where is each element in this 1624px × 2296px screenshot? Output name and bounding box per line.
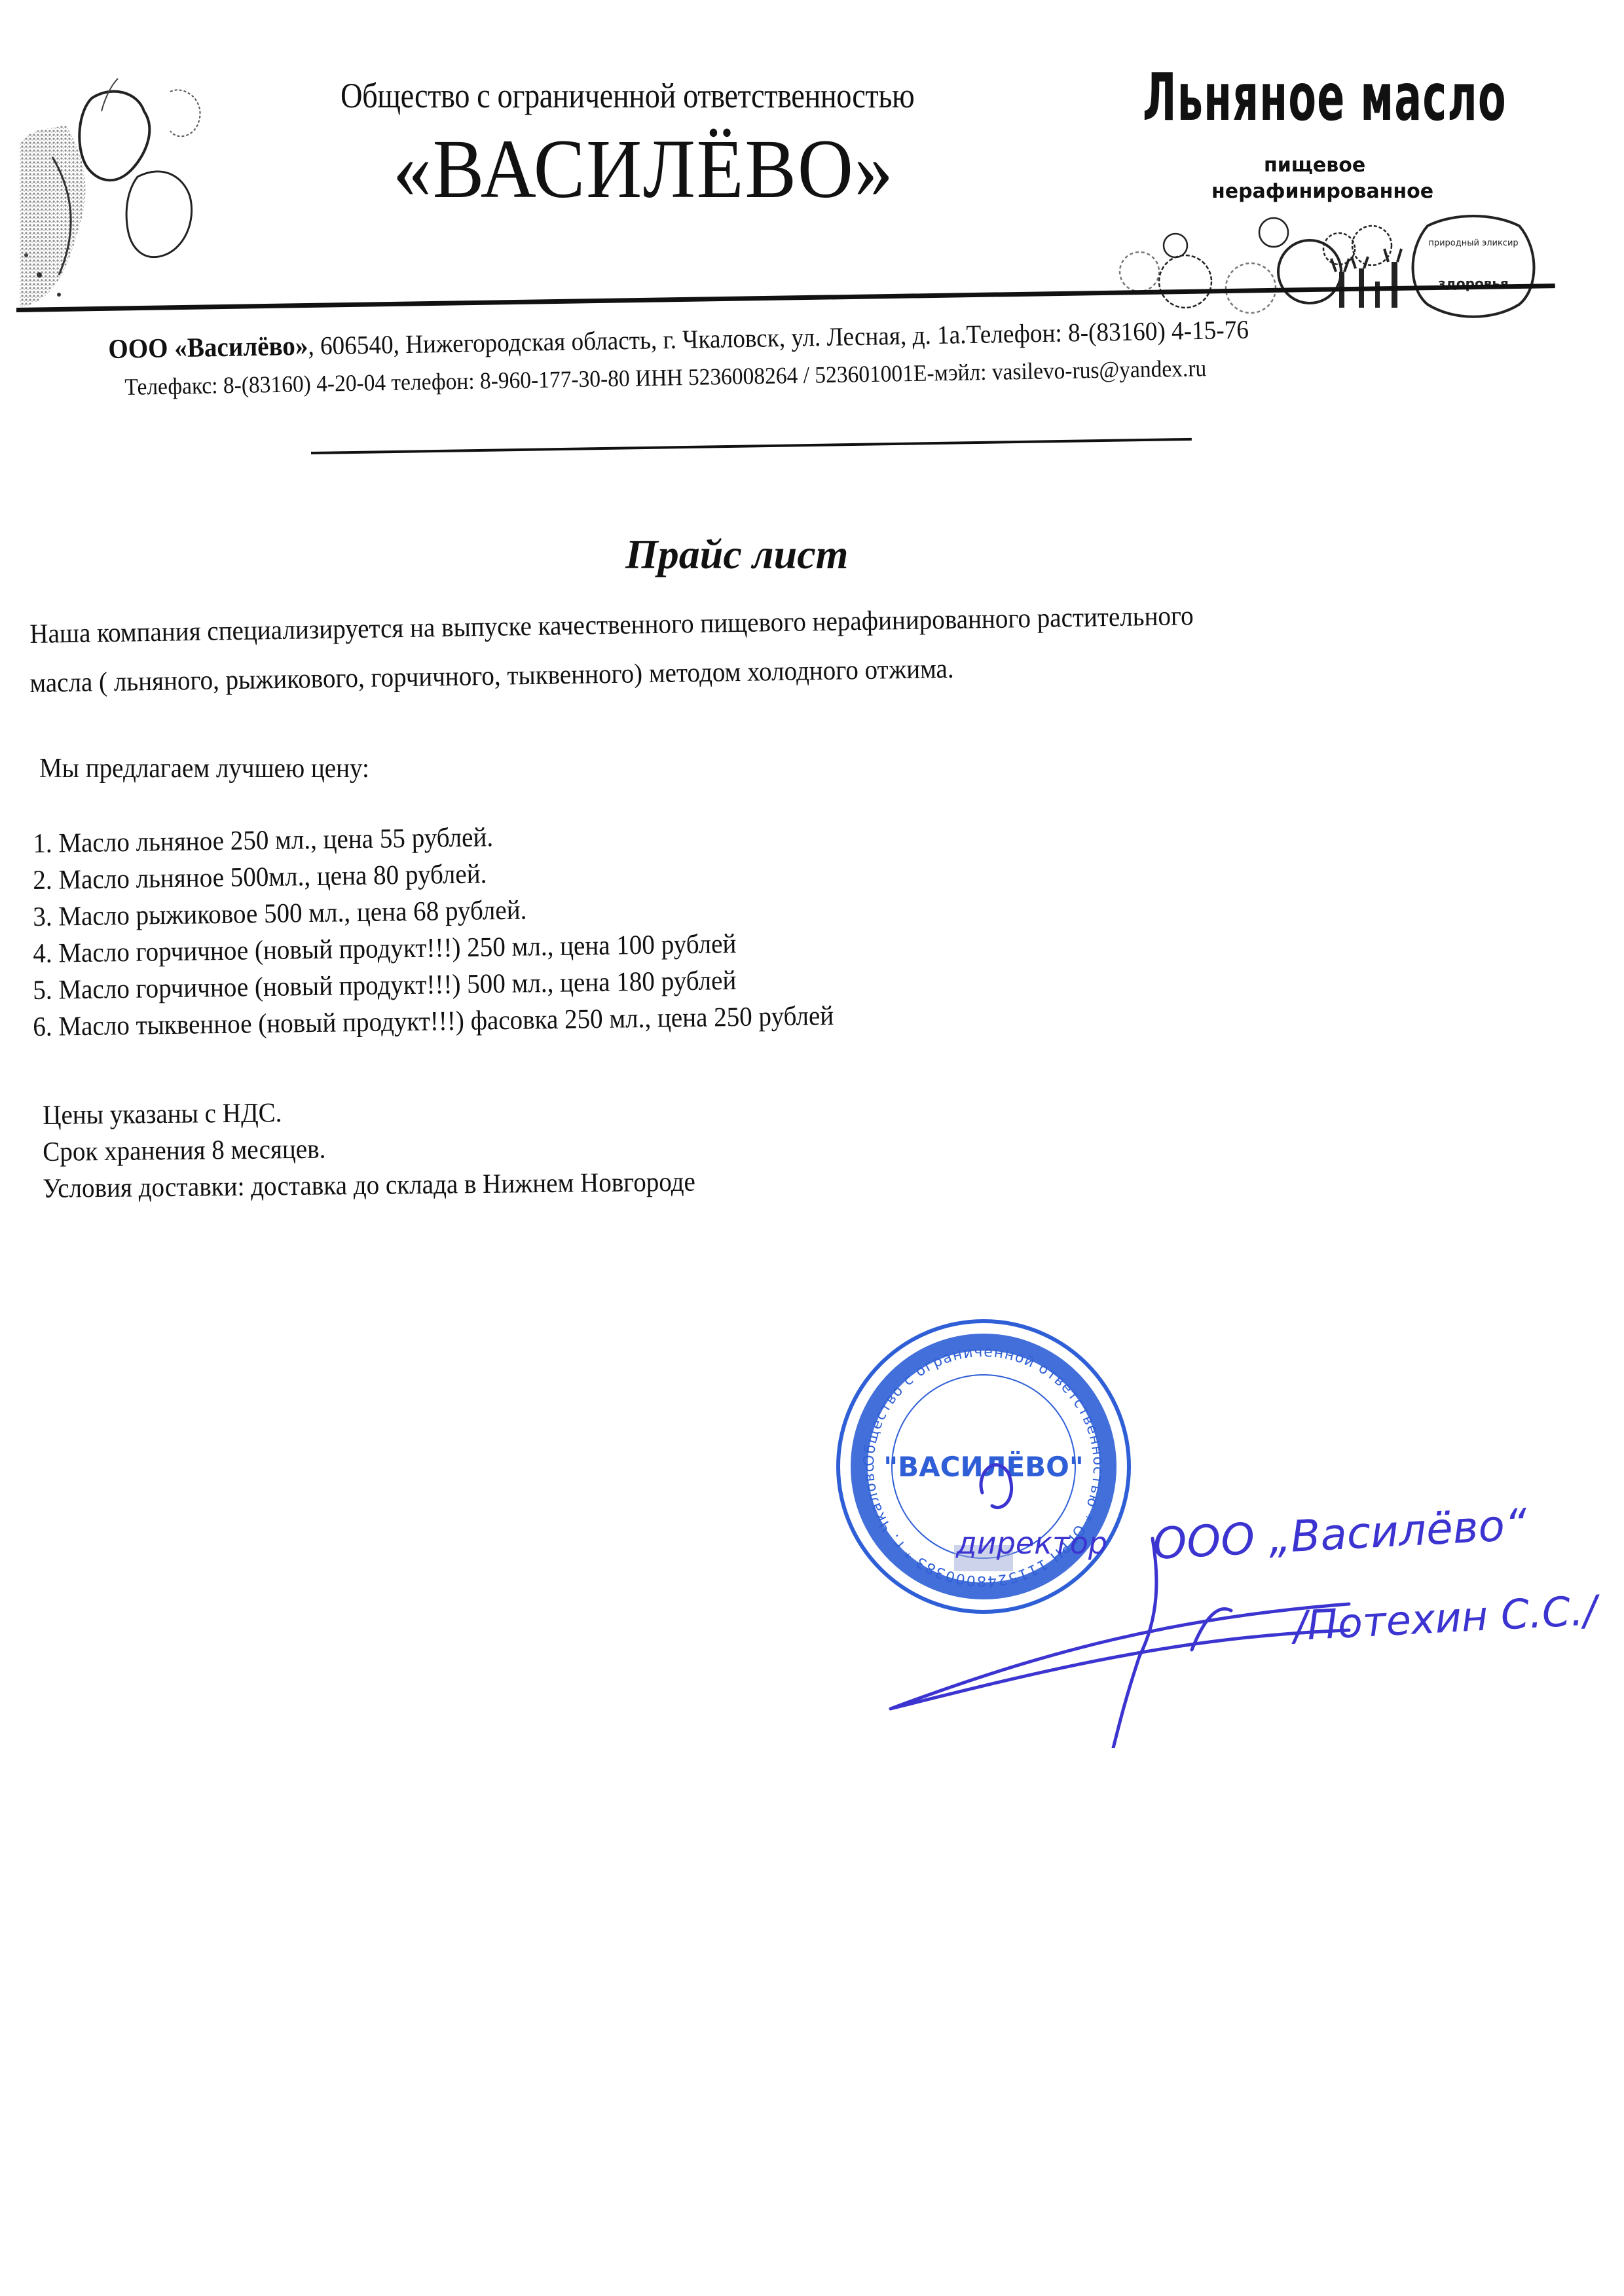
svg-text:природный эликсир: природный эликсир <box>1428 238 1518 248</box>
flax-illustration <box>13 59 275 314</box>
company-legal-form: Общество с ограниченной ответственностью <box>341 75 914 116</box>
offer-heading: Мы предлагаем лучшею цену: <box>39 753 369 784</box>
document-title: Прайс лист <box>625 530 848 579</box>
note-vat: Цены указаны с НДС. <box>43 1093 695 1137</box>
brand-title: Льняное масло <box>1143 59 1507 136</box>
brand-subtitle-1: пищевое <box>1264 154 1365 177</box>
people-figures-icon <box>1331 249 1401 308</box>
contact-address-phone: , 606540, Нижегородская область, г. Чкал… <box>308 315 1249 361</box>
intro-line-2: масла ( льняного, рыжикового, горчичного… <box>29 653 954 699</box>
contacts-divider <box>311 438 1192 454</box>
price-list: 1. Масло льняное 250 мл., цена 55 рублей… <box>33 828 894 1048</box>
health-badge-icon: здоровья природный эликсир <box>1413 216 1534 317</box>
contact-company: ООО «Василёво» <box>108 331 308 365</box>
company-name-heading: «ВАСИЛЁВО» <box>393 121 894 217</box>
note-shelf-life: Срок хранения 8 месяцев. <box>43 1130 695 1173</box>
brand-subtitle-2: нерафинированное <box>1211 180 1433 203</box>
brand-illustration: здоровья природный эликсир <box>1113 210 1545 321</box>
signature-role: директор <box>956 1525 1107 1561</box>
note-delivery: Условия доставки: доставка до склада в Н… <box>43 1167 695 1210</box>
terms-notes: Цены указаны с НДС. Срок хранения 8 меся… <box>43 1100 745 1210</box>
intro-line-1: Наша компания специализируется на выпуск… <box>29 600 1194 650</box>
